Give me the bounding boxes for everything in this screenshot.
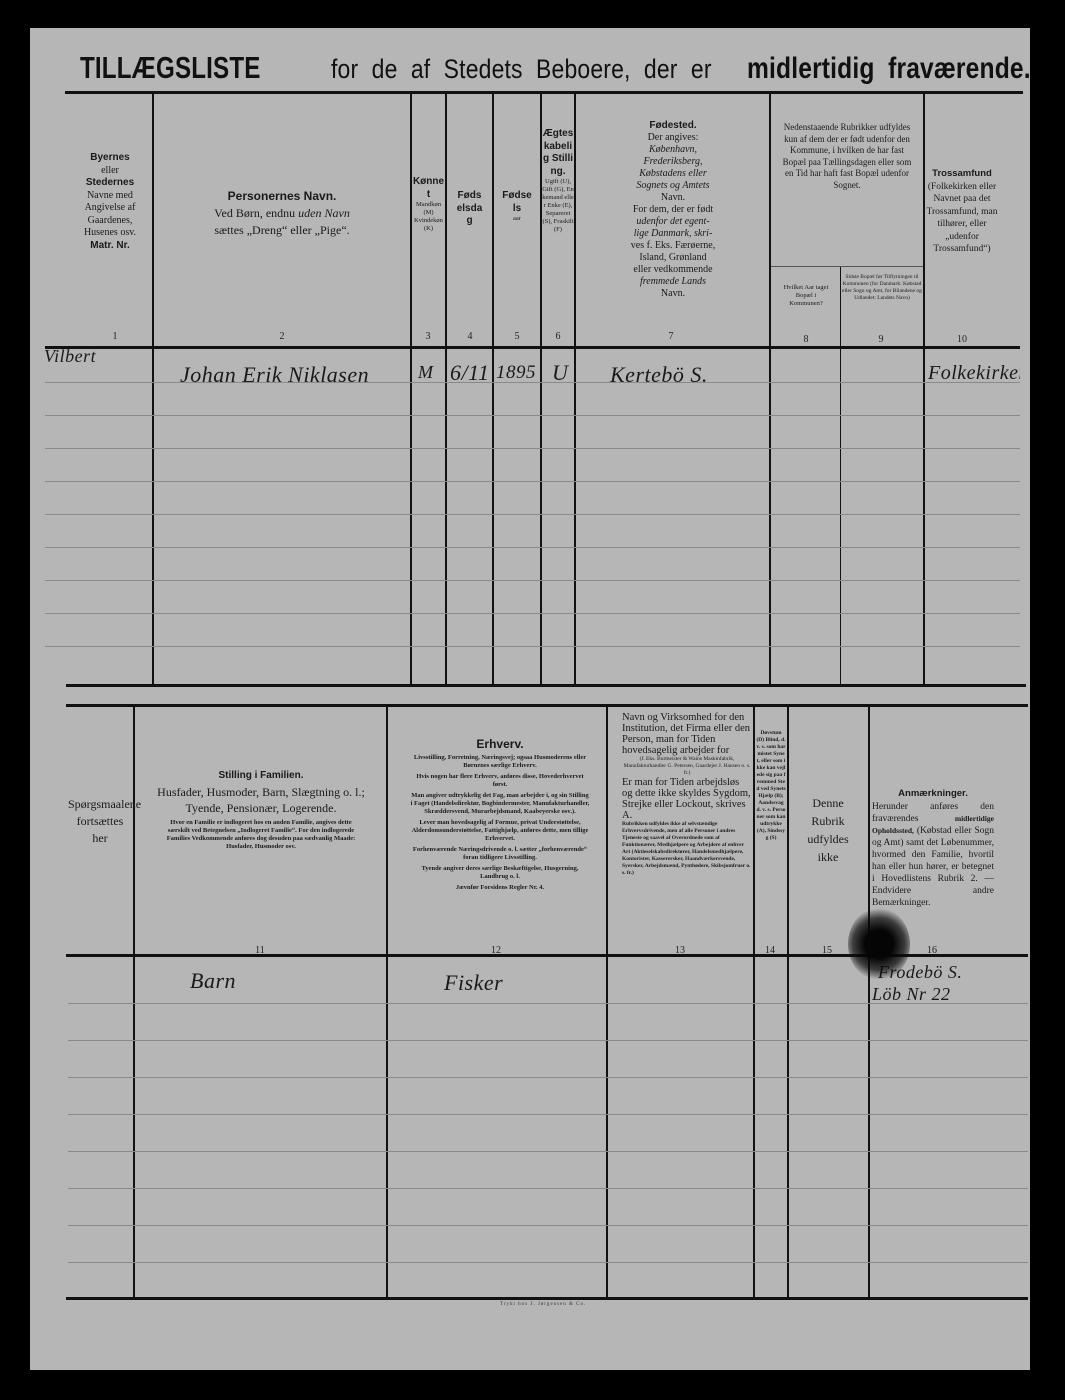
row-line xyxy=(45,613,1020,614)
form-title: TILLÆGSLISTE for de af Stedets Beboere, … xyxy=(80,50,1010,87)
cell-religion: Folkekirken xyxy=(928,362,1020,385)
upper-table-bottom-rule xyxy=(66,684,1026,687)
title-bold-part: TILLÆGSLISTE xyxy=(80,50,261,86)
col16-header: Anmærkninger. Herunder anføres den fravæ… xyxy=(872,788,994,909)
row-line xyxy=(45,481,1020,482)
divider xyxy=(445,94,447,684)
col6-header: Ægteskabelig Stilling. Ugift (U), Gift (… xyxy=(542,128,574,234)
column-number: 6 xyxy=(543,331,573,342)
divider xyxy=(574,94,576,684)
divider xyxy=(152,94,154,684)
cell-birthplace: Kertebö S. xyxy=(610,362,708,388)
cell-birthday: 6/11 xyxy=(450,360,489,386)
column-number: 8 xyxy=(791,334,821,345)
column-number: 7 xyxy=(656,331,686,342)
column-number: 4 xyxy=(455,331,485,342)
row-line xyxy=(68,1114,1028,1115)
col1-header: Byernes eller Stedernes Navne med Angive… xyxy=(70,152,150,252)
col14-header: Døvstum (D) Blind, d. v. s. som har mist… xyxy=(756,730,786,842)
upper-table-top-rule xyxy=(65,91,1023,94)
column-number: 2 xyxy=(267,331,297,342)
row-line xyxy=(68,1151,1028,1152)
lower-table-top-rule xyxy=(66,704,1028,707)
printer-mark: Trykt hos J. Jørgensen & Co. xyxy=(500,1302,586,1307)
column-number: 1 xyxy=(100,331,130,342)
title-bold-end: midlertidig fraværende. xyxy=(747,51,1031,87)
col2-header: Personernes Navn. Ved Børn, endnu uden N… xyxy=(156,188,408,239)
cell-marital-status: U xyxy=(552,360,568,386)
col5-header: Fødsels aar xyxy=(494,190,540,223)
row-line xyxy=(68,1077,1028,1078)
column-number: 3 xyxy=(413,331,443,342)
col8-header: Hvilket Aar taget Bopæl i Kommunen? xyxy=(773,284,839,308)
col12-header: Erhverv. Livsstilling, Forretning, Nærin… xyxy=(410,738,590,892)
row-line xyxy=(45,514,1020,515)
cell-remarks-line2: Löb Nr 22 xyxy=(872,984,951,1005)
divider xyxy=(840,266,841,684)
col15-header: Denne Rubrik udfyldes ikke xyxy=(798,794,858,866)
col8-9-group-header: Nedenstaaende Rubrikker udfyldes kun af … xyxy=(780,122,914,191)
cell-occupation: Fisker xyxy=(444,970,503,996)
col4-header: Fødselsdag xyxy=(447,190,492,228)
divider xyxy=(771,266,923,267)
cell-family-position: Barn xyxy=(190,968,236,994)
row-line xyxy=(45,415,1020,416)
row-line xyxy=(45,580,1020,581)
row-line xyxy=(68,1040,1028,1041)
column-number: 10 xyxy=(947,334,977,345)
census-form-sheet: TILLÆGSLISTE for de af Stedets Beboere, … xyxy=(30,28,1030,1370)
divider xyxy=(923,94,925,684)
ink-blot xyxy=(848,908,910,980)
col13-header: Navn og Virksomhed for den Institution, … xyxy=(622,712,752,877)
col7-header: Fødested. Der angives: København, Freder… xyxy=(578,120,768,300)
column-number: 9 xyxy=(866,334,896,345)
title-normal-part: for de af Stedets Beboere, der er xyxy=(331,51,712,87)
row-line xyxy=(68,1262,1028,1263)
row-line xyxy=(45,547,1020,548)
cell-name: Johan Erik Niklasen xyxy=(180,362,369,388)
cell-place: Vilbert xyxy=(44,346,96,367)
side-note: Spørgsmaalene fortsættes her xyxy=(68,796,132,847)
cell-sex: M xyxy=(418,362,434,383)
col10-header: Trossamfund (Folkekirken eller Navnet pa… xyxy=(926,168,998,256)
row-line xyxy=(68,1225,1028,1226)
col9-header: Sidste Bopæl før Tilflytningen til Kommu… xyxy=(842,274,922,302)
col3-header: Kønnet Mandkøn (M) Kvindekøn (K) xyxy=(412,176,445,233)
row-line xyxy=(45,646,1020,647)
row-line xyxy=(45,448,1020,449)
divider xyxy=(492,94,494,684)
row-line xyxy=(68,1188,1028,1189)
cell-birth-year: 1895 xyxy=(496,362,536,384)
divider xyxy=(769,94,771,684)
upper-header-bottom-rule xyxy=(45,346,1020,349)
column-number: 5 xyxy=(502,331,532,342)
col11-header: Stilling i Familien. Husfader, Husmoder,… xyxy=(148,768,374,851)
lower-table-bottom-rule xyxy=(66,1297,1028,1300)
